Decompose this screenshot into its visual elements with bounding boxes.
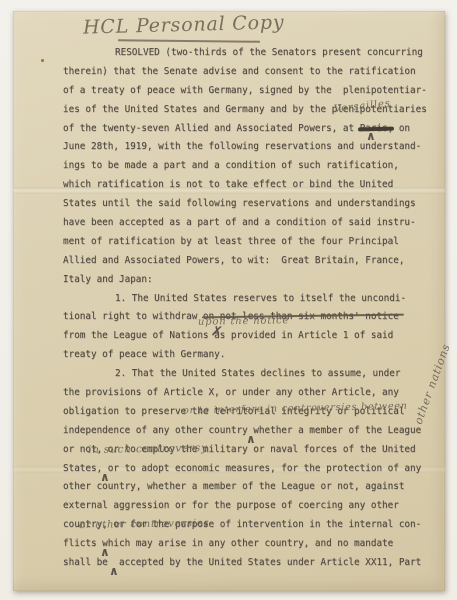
x-strikeout-mark: ✗ (210, 323, 224, 340)
typed-line: therein) that the Senate advise and cons… (63, 63, 435, 82)
caret-mark: ∧ (109, 564, 119, 578)
typed-line: shall be accepted by the United States u… (63, 554, 435, 573)
handwritten-insert-in-such-controversy: in such controversy (88, 442, 208, 456)
typed-line: treaty of peace with Germany. (63, 346, 435, 365)
caret-mark: ∧ (246, 432, 256, 446)
typed-line: RESOLVED (two-thirds of the Senators pre… (63, 44, 435, 63)
typed-line-reservation-1: 1. The United States reserves to itself … (63, 290, 435, 309)
typed-line: other country, whether a member of the L… (63, 478, 435, 497)
typed-line: States, or to adopt economic measures, f… (63, 460, 435, 479)
typed-line: have been accepted as a part of and a co… (63, 214, 435, 233)
handwritten-ownership-note: HCL Personal Copy (83, 11, 285, 38)
typed-line: Allied and Associated Powers, to wit: Gr… (63, 252, 435, 271)
typed-line: flicts which may arise in any other coun… (63, 535, 435, 554)
typed-text-block: RESOLVED (two-thirds of the Senators pre… (63, 44, 435, 573)
typed-line: of a treaty of peace with Germany, signe… (63, 82, 435, 101)
typed-line: the provisions of Article X, or under an… (63, 384, 435, 403)
typed-line: Italy and Japan: (63, 271, 435, 290)
typed-line-reservation-2: 2. That the United States declines to as… (63, 365, 435, 384)
typed-line: of the twenty-seven Allied and Associate… (63, 120, 435, 139)
photo-frame: RESOLVED (two-thirds of the Senators pre… (0, 0, 457, 600)
caret-mark: ∧ (100, 470, 110, 484)
typed-line: from the League of Nations as provided i… (63, 327, 435, 346)
paper-speck (41, 59, 44, 62)
typed-line: June 28th, 1919, with the following rese… (63, 138, 435, 157)
handwritten-insert-or-other-controversies: or other controversies (79, 518, 210, 531)
typed-line: ings to be made a part and a condition o… (63, 157, 435, 176)
typed-line: which ratification is not to take effect… (63, 176, 435, 195)
caret-mark: ∧ (366, 129, 376, 143)
caret-mark: ∧ (100, 545, 110, 559)
typed-line: ment of ratification by at least three o… (63, 233, 435, 252)
typed-line: States until the said following reservat… (63, 195, 435, 214)
handwritten-underline (118, 39, 260, 42)
typed-line: external aggression or for the purpose o… (63, 497, 435, 516)
document-page: RESOLVED (two-thirds of the Senators pre… (13, 11, 445, 591)
